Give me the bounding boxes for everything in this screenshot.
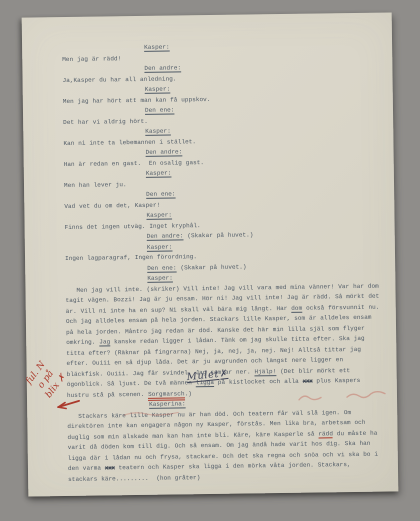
dialogue-paragraph: Stackars käre lille Kasper nu är han död… bbox=[67, 407, 382, 485]
faint-red-smudge-icon bbox=[122, 408, 182, 419]
faint-red-marks-icon bbox=[295, 388, 395, 405]
dialogue-paragraph: Men jag vill inte. (skriker) Vill inte! … bbox=[65, 281, 381, 401]
red-arrow-icon bbox=[53, 398, 81, 412]
paper-sheet: Kasper:Men jag är rädd!Den andre:Ja,Kasp… bbox=[22, 12, 399, 496]
typewritten-text: Kasper:Men jag är rädd!Den andre:Ja,Kasp… bbox=[62, 40, 382, 485]
cross-mark-icon: ✗ bbox=[219, 369, 228, 380]
